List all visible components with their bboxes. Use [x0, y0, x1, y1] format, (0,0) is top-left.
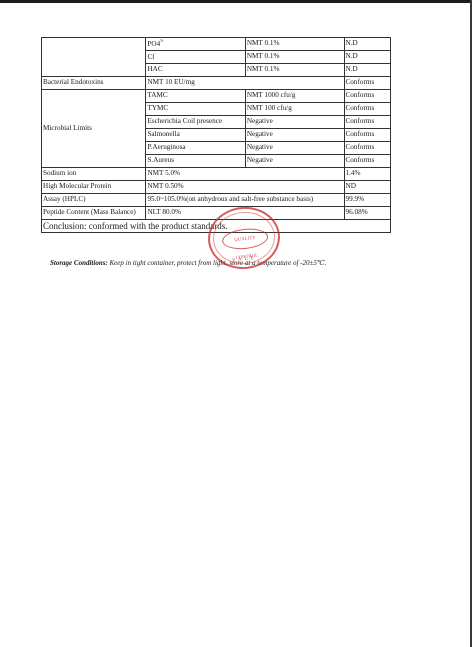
table-row: PO43- NMT 0.1% N.D	[42, 38, 391, 51]
result-cell: Conforms	[344, 77, 390, 90]
table-row: High Molecular Protein NMT 0.50% ND	[42, 181, 391, 194]
spec-cell: 95.0~105.0%(on anhydrous and salt-free s…	[146, 194, 344, 207]
result-cell: Conforms	[344, 155, 390, 168]
spec-cell: NMT 0.1%	[245, 51, 344, 64]
spec-cell: Negative	[245, 142, 344, 155]
result-cell: Conforms	[344, 116, 390, 129]
spec-cell: NMT 5.0%	[146, 168, 344, 181]
spec-cell: NMT 0.1%	[245, 38, 344, 51]
result-cell: 96.08%	[344, 207, 390, 220]
sub-item-cell: Cl-	[146, 51, 245, 64]
table-row: Microbial Limits TAMC NMT 1000 cfu/g Con…	[42, 90, 391, 103]
spec-cell: NMT 100 cfu/g	[245, 103, 344, 116]
spec-cell: Negative	[245, 155, 344, 168]
top-edge-border	[0, 0, 472, 3]
test-results-table: PO43- NMT 0.1% N.D Cl- NMT 0.1% N.D HAC …	[41, 37, 391, 233]
sub-item-cell: P.Aeruginosa	[146, 142, 245, 155]
sub-item-cell: Escherichia Coil presence	[146, 116, 245, 129]
table-row: Assay (HPLC) 95.0~105.0%(on anhydrous an…	[42, 194, 391, 207]
sub-item-cell: S.Aureus	[146, 155, 245, 168]
sub-item-cell: Salmonella	[146, 129, 245, 142]
result-cell: N.D	[344, 64, 390, 77]
spec-cell: Negative	[245, 129, 344, 142]
result-cell: Conforms	[344, 129, 390, 142]
table-row: Sodium ion NMT 5.0% 1.4%	[42, 168, 391, 181]
item-cell: Microbial Limits	[42, 90, 146, 168]
item-cell	[42, 38, 146, 77]
result-cell: N.D	[344, 38, 390, 51]
item-cell: Assay (HPLC)	[42, 194, 146, 207]
sub-item-cell: TYMC	[146, 103, 245, 116]
result-cell: Conforms	[344, 103, 390, 116]
table-row: Bacterial Endotoxins NMT 10 EU/mg Confor…	[42, 77, 391, 90]
item-cell: High Molecular Protein	[42, 181, 146, 194]
spec-cell: NMT 0.1%	[245, 64, 344, 77]
result-cell: Conforms	[344, 90, 390, 103]
item-cell: Peptide Content (Mass Balance)	[42, 207, 146, 220]
result-cell: 1.4%	[344, 168, 390, 181]
item-cell: Sodium ion	[42, 168, 146, 181]
result-cell: Conforms	[344, 142, 390, 155]
item-cell: Bacterial Endotoxins	[42, 77, 146, 90]
spec-cell: NMT 1000 cfu/g	[245, 90, 344, 103]
storage-label: Storage Conditions:	[50, 259, 108, 267]
sub-item-cell: TAMC	[146, 90, 245, 103]
result-cell: N.D	[344, 51, 390, 64]
spec-cell: NMT 0.50%	[146, 181, 344, 194]
sub-item-cell: PO43-	[146, 38, 245, 51]
result-cell: 99.9%	[344, 194, 390, 207]
result-cell: ND	[344, 181, 390, 194]
storage-conditions: Storage Conditions: Keep in tight contai…	[50, 259, 326, 267]
spec-cell: Negative	[245, 116, 344, 129]
sub-item-cell: HAC	[146, 64, 245, 77]
spec-cell: NMT 10 EU/mg	[146, 77, 344, 90]
